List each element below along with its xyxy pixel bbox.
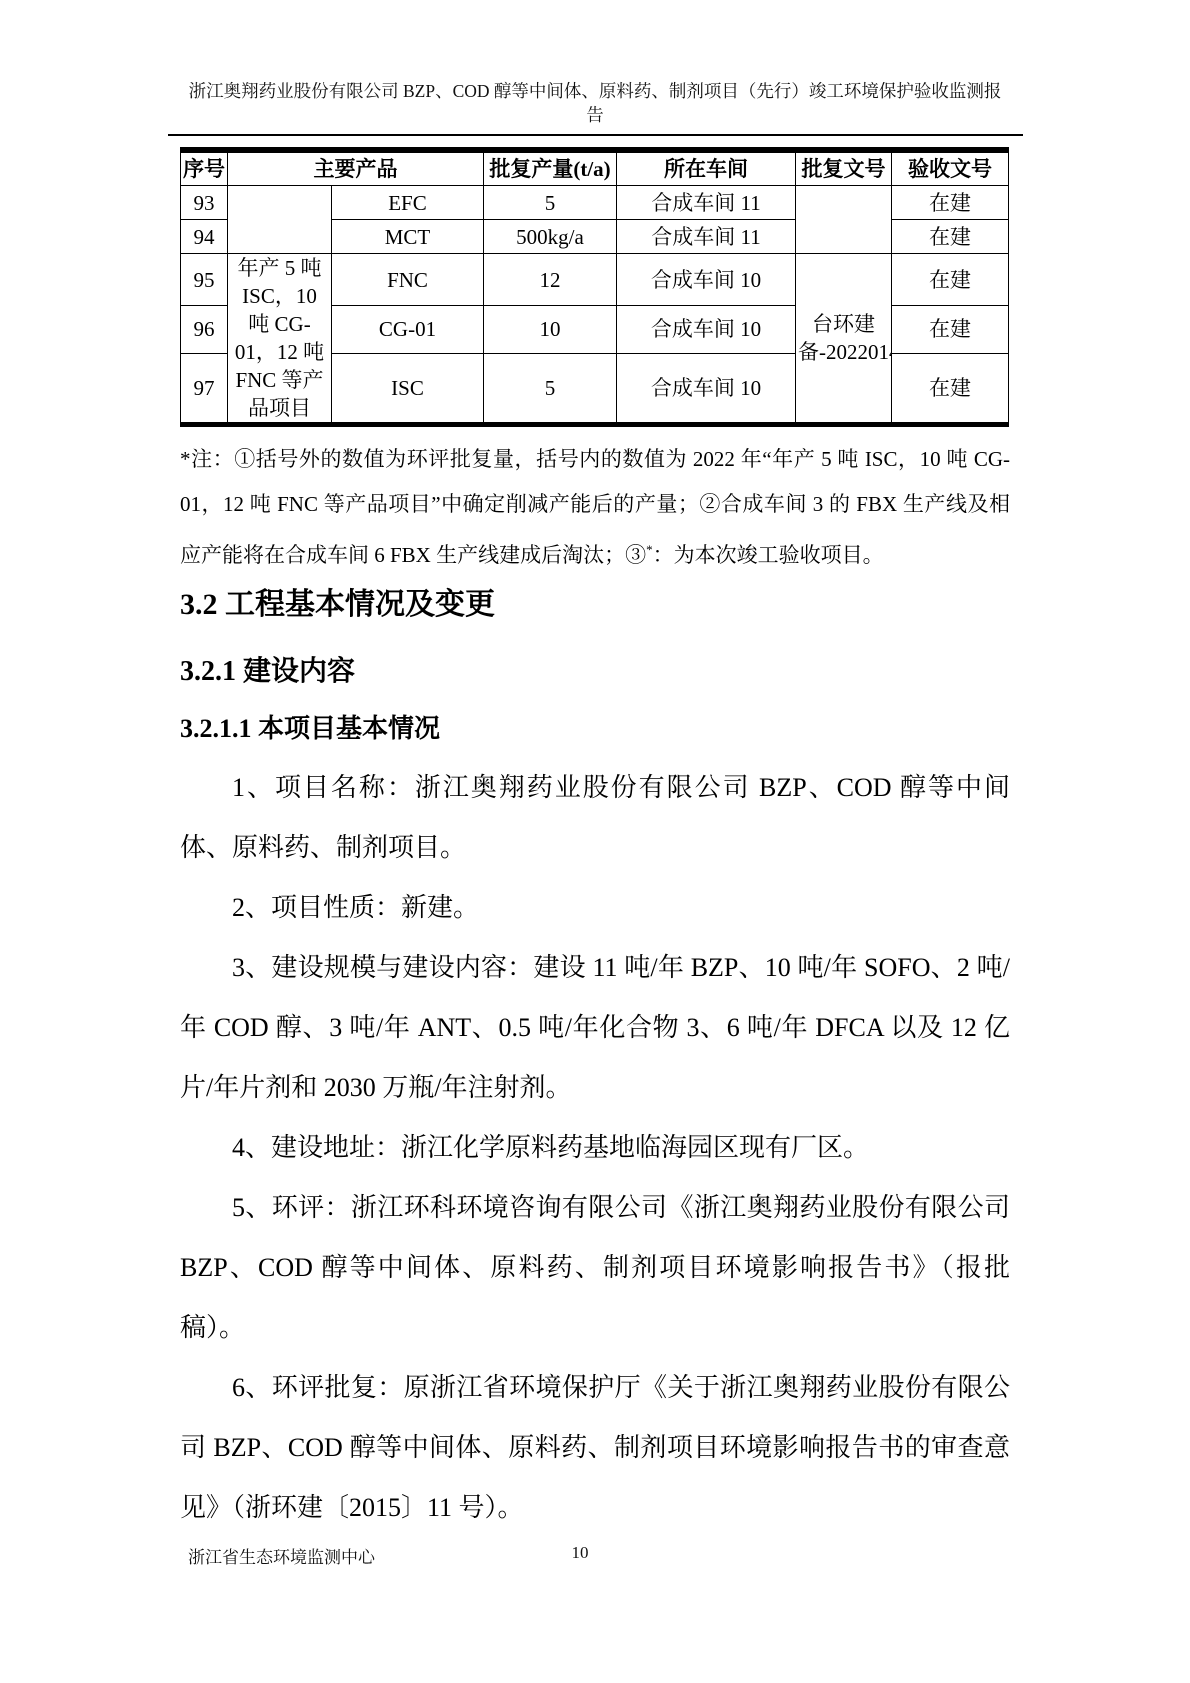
cell-qty-93: 5 xyxy=(484,186,617,220)
product-table: 序号 主要产品 批复产量(t/a) 所在车间 批复文号 验收文号 93 EFC … xyxy=(180,147,1009,427)
cell-acceptance-95: 在建 xyxy=(892,254,1009,306)
cell-acceptance-97: 在建 xyxy=(892,354,1009,425)
cell-workshop-97: 合成车间 10 xyxy=(617,354,796,425)
paragraph-project-name: 1、项目名称：浙江奥翔药业股份有限公司 BZP、COD 醇等中间体、原料药、制剂… xyxy=(180,758,1010,878)
cell-group-95-97: 年产 5 吨 ISC，10 吨 CG-01，12 吨 FNC 等产品项目 xyxy=(228,254,332,425)
cell-workshop-93: 合成车间 11 xyxy=(617,186,796,220)
page-number: 10 xyxy=(180,1543,980,1563)
cell-product-97: ISC xyxy=(332,354,484,425)
cell-product-94: MCT xyxy=(332,220,484,254)
table-header-row: 序号 主要产品 批复产量(t/a) 所在车间 批复文号 验收文号 xyxy=(181,150,1009,186)
cell-qty-96: 10 xyxy=(484,305,617,353)
paragraph-scale-content: 3、建设规模与建设内容：建设 11 吨/年 BZP、10 吨/年 SOFO、2 … xyxy=(180,938,1010,1118)
paragraph-eia-approval: 6、环评批复：原浙江省环境保护厅《关于浙江奥翔药业股份有限公司 BZP、COD … xyxy=(180,1358,1010,1538)
cell-no-93: 93 xyxy=(181,186,228,220)
cell-qty-97: 5 xyxy=(484,354,617,425)
table-footnote: *注：①括号外的数值为环评批复量，括号内的数值为 2022 年“年产 5 吨 I… xyxy=(180,437,1010,578)
header-divider xyxy=(168,134,1023,136)
cell-workshop-94: 合成车间 11 xyxy=(617,220,796,254)
running-header-line1: 浙江奥翔药业股份有限公司 BZP、COD 醇等中间体、原料药、制剂项目（先行）竣… xyxy=(180,80,1010,104)
heading-3-2: 3.2 工程基本情况及变更 xyxy=(180,584,1010,626)
cell-workshop-95: 合成车间 10 xyxy=(617,254,796,306)
cell-product-93: EFC xyxy=(332,186,484,220)
col-header-approval: 批复文号 xyxy=(796,150,892,186)
col-header-workshop: 所在车间 xyxy=(617,150,796,186)
col-header-acceptance: 验收文号 xyxy=(892,150,1009,186)
cell-qty-94: 500kg/a xyxy=(484,220,617,254)
cell-no-94: 94 xyxy=(181,220,228,254)
running-header-line2: 告 xyxy=(180,104,1010,128)
heading-3-2-1-1: 3.2.1.1 本项目基本情况 xyxy=(180,710,1010,748)
cell-acceptance-94: 在建 xyxy=(892,220,1009,254)
footnote-text: *注：①括号外的数值为环评批复量，括号内的数值为 2022 年“年产 5 吨 I… xyxy=(180,447,1010,567)
cell-workshop-96: 合成车间 10 xyxy=(617,305,796,353)
cell-approval-93-94 xyxy=(796,186,892,254)
table-row: 93 EFC 5 合成车间 11 在建 xyxy=(181,186,1009,220)
cell-acceptance-93: 在建 xyxy=(892,186,1009,220)
cell-no-95: 95 xyxy=(181,254,228,306)
col-header-no: 序号 xyxy=(181,150,228,186)
cell-approval-95-97: 台环建备-2022014 xyxy=(796,254,892,425)
paragraph-address: 4、建设地址：浙江化学原料药基地临海园区现有厂区。 xyxy=(180,1118,1010,1178)
cell-qty-95: 12 xyxy=(484,254,617,306)
cell-product-96: CG-01 xyxy=(332,305,484,353)
cell-group-93-94 xyxy=(228,186,332,254)
cell-acceptance-96: 在建 xyxy=(892,305,1009,353)
body-paragraphs: 1、项目名称：浙江奥翔药业股份有限公司 BZP、COD 醇等中间体、原料药、制剂… xyxy=(180,758,1010,1538)
cell-no-97: 97 xyxy=(181,354,228,425)
table-row: 95 年产 5 吨 ISC，10 吨 CG-01，12 吨 FNC 等产品项目 … xyxy=(181,254,1009,306)
document-page: 浙江奥翔药业股份有限公司 BZP、COD 醇等中间体、原料药、制剂项目（先行）竣… xyxy=(0,0,1190,1683)
footnote-text-end: ：为本次竣工验收项目。 xyxy=(653,543,884,567)
col-header-qty: 批复产量(t/a) xyxy=(484,150,617,186)
heading-3-2-1: 3.2.1 建设内容 xyxy=(180,652,1010,692)
running-header: 浙江奥翔药业股份有限公司 BZP、COD 醇等中间体、原料药、制剂项目（先行）竣… xyxy=(180,80,1010,127)
cell-product-95: FNC xyxy=(332,254,484,306)
cell-no-96: 96 xyxy=(181,305,228,353)
col-header-product: 主要产品 xyxy=(228,150,484,186)
paragraph-project-nature: 2、项目性质：新建。 xyxy=(180,878,1010,938)
paragraph-eia: 5、环评：浙江环科环境咨询有限公司《浙江奥翔药业股份有限公司 BZP、COD 醇… xyxy=(180,1178,1010,1358)
